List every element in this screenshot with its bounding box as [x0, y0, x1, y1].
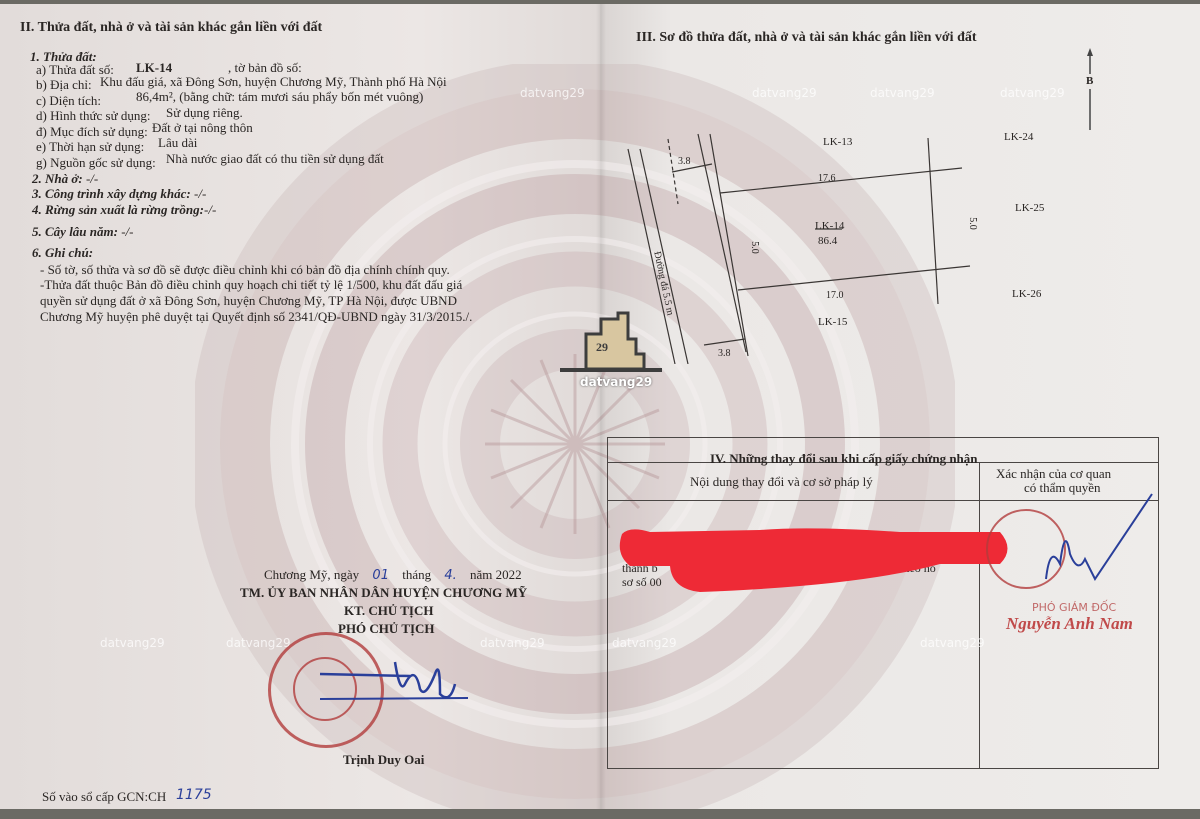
neighbor-lk25: LK-25	[1015, 201, 1044, 216]
list-item: 5. Cây lâu năm: -/-	[32, 224, 134, 239]
watermark-text: datvang29	[226, 636, 291, 650]
changes-col-authority-1: Xác nhận của cơ quan	[996, 466, 1111, 481]
list-item: 4. Rừng sản xuất là rừng trồng:-/-	[32, 202, 216, 217]
usage-form-label: d) Hình thức sử dụng:	[36, 108, 150, 123]
note-line: quyền sử dụng đất ở xã Đông Sơn, huyện C…	[40, 293, 457, 308]
dim-bottom-width: 3.8	[718, 346, 731, 361]
watermark-text: datvang29	[752, 86, 817, 100]
signer-role-1: KT. CHỦ TỊCH	[344, 603, 433, 618]
address-value: Khu đấu giá, xã Đông Sơn, huyện Chương M…	[100, 74, 447, 89]
changes-col-content: Nội dung thay đổi và cơ sở pháp lý	[690, 474, 873, 489]
logo-number: 29	[596, 340, 608, 355]
list-item: 3. Công trình xây dựng khác: -/-	[32, 186, 206, 201]
neighbor-lk15: LK-15	[818, 315, 847, 330]
parcel-id: LK-14	[815, 219, 844, 234]
note-line: Chương Mỹ huyện phê duyệt tại Quyết định…	[40, 309, 472, 324]
registry-label: Số vào sổ cấp GCN:CH	[42, 789, 166, 804]
purpose-label: đ) Mục đích sử dụng:	[36, 124, 148, 139]
redaction-mark	[610, 524, 1010, 594]
notes-heading: 6. Ghi chú:	[32, 245, 93, 260]
watermark-text: datvang29	[612, 636, 677, 650]
signer-role-2: PHÓ CHỦ TỊCH	[338, 621, 435, 636]
dim-front: 5.0	[747, 241, 762, 254]
watermark-text: datvang29	[870, 86, 935, 100]
changes-table-title: IV. Những thay đổi sau khi cấp giấy chứn…	[710, 451, 978, 466]
issue-month: 4.	[444, 568, 456, 583]
term-value: Lâu dài	[158, 135, 197, 150]
section-ii-title: II. Thửa đất, nhà ở và tài sản khác gắn …	[20, 20, 322, 35]
signer-name: Trịnh Duy Oai	[343, 752, 424, 767]
area-value: 86,4m², (bằng chữ: tám mươi sáu phẩy bốn…	[136, 89, 423, 104]
north-label: B	[1086, 74, 1093, 89]
watermark-text: datvang29	[520, 86, 585, 100]
neighbor-lk26: LK-26	[1012, 287, 1041, 302]
neighbor-lk24: LK-24	[1004, 130, 1033, 145]
parcel-value: LK-14	[136, 60, 172, 75]
parcel-area: 86.4	[818, 234, 837, 249]
certificate-spread: II. Thửa đất, nhà ở và tài sản khác gắn …	[0, 4, 1200, 809]
watermark-text: datvang29	[1000, 86, 1065, 100]
address-label: b) Địa chỉ:	[36, 77, 92, 92]
approver-title: PHÓ GIÁM ĐỐC	[1032, 600, 1116, 615]
usage-form-value: Sử dụng riêng.	[166, 105, 243, 120]
watermark-text: datvang29	[100, 636, 165, 650]
list-item: 2. Nhà ở: -/-	[32, 171, 98, 186]
origin-value: Nhà nước giao đất có thu tiền sử dụng đấ…	[166, 151, 384, 166]
dim-bottom-length: 17.0	[826, 288, 844, 303]
issue-day: 01	[372, 568, 389, 583]
column-divider	[979, 462, 980, 768]
building-logo-icon	[556, 309, 666, 374]
issuing-org: TM. ỦY BAN NHÂN DÂN HUYỆN CHƯƠNG MỸ	[240, 585, 527, 600]
section-iii-title: III. Sơ đồ thửa đất, nhà ở và tài sản kh…	[636, 30, 977, 45]
note-line: -Thửa đất thuộc Bản đồ điều chỉnh quy ho…	[40, 277, 462, 292]
approver-name: Nguyễn Anh Nam	[1006, 616, 1133, 631]
purpose-value: Đất ở tại nông thôn	[152, 120, 253, 135]
neighbor-lk13: LK-13	[823, 135, 852, 150]
dim-top-length: 17.6	[818, 171, 836, 186]
term-label: e) Thời hạn sử dụng:	[36, 139, 144, 154]
registry-number: 1175	[176, 788, 212, 803]
origin-label: g) Nguồn gốc sử dụng:	[36, 155, 156, 170]
note-line: - Số tờ, số thửa và sơ đồ sẽ được điều c…	[40, 262, 450, 277]
map-sheet-label: , tờ bản đồ số:	[228, 60, 302, 75]
watermark-text: datvang29	[480, 636, 545, 650]
arrow-up-icon	[1084, 48, 1096, 132]
dim-top-width: 3.8	[678, 154, 691, 169]
logo-text: datvang29	[580, 375, 652, 390]
dim-back: 5.0	[965, 217, 980, 230]
watermark-text: datvang29	[920, 636, 985, 650]
signature-nguyen-anh-nam	[1040, 484, 1160, 594]
area-label: c) Diện tích:	[36, 93, 101, 108]
signature-trinh-duy-oai	[300, 654, 480, 714]
issue-date: Chương Mỹ, ngày 01 tháng 4. năm 2022	[264, 567, 522, 583]
